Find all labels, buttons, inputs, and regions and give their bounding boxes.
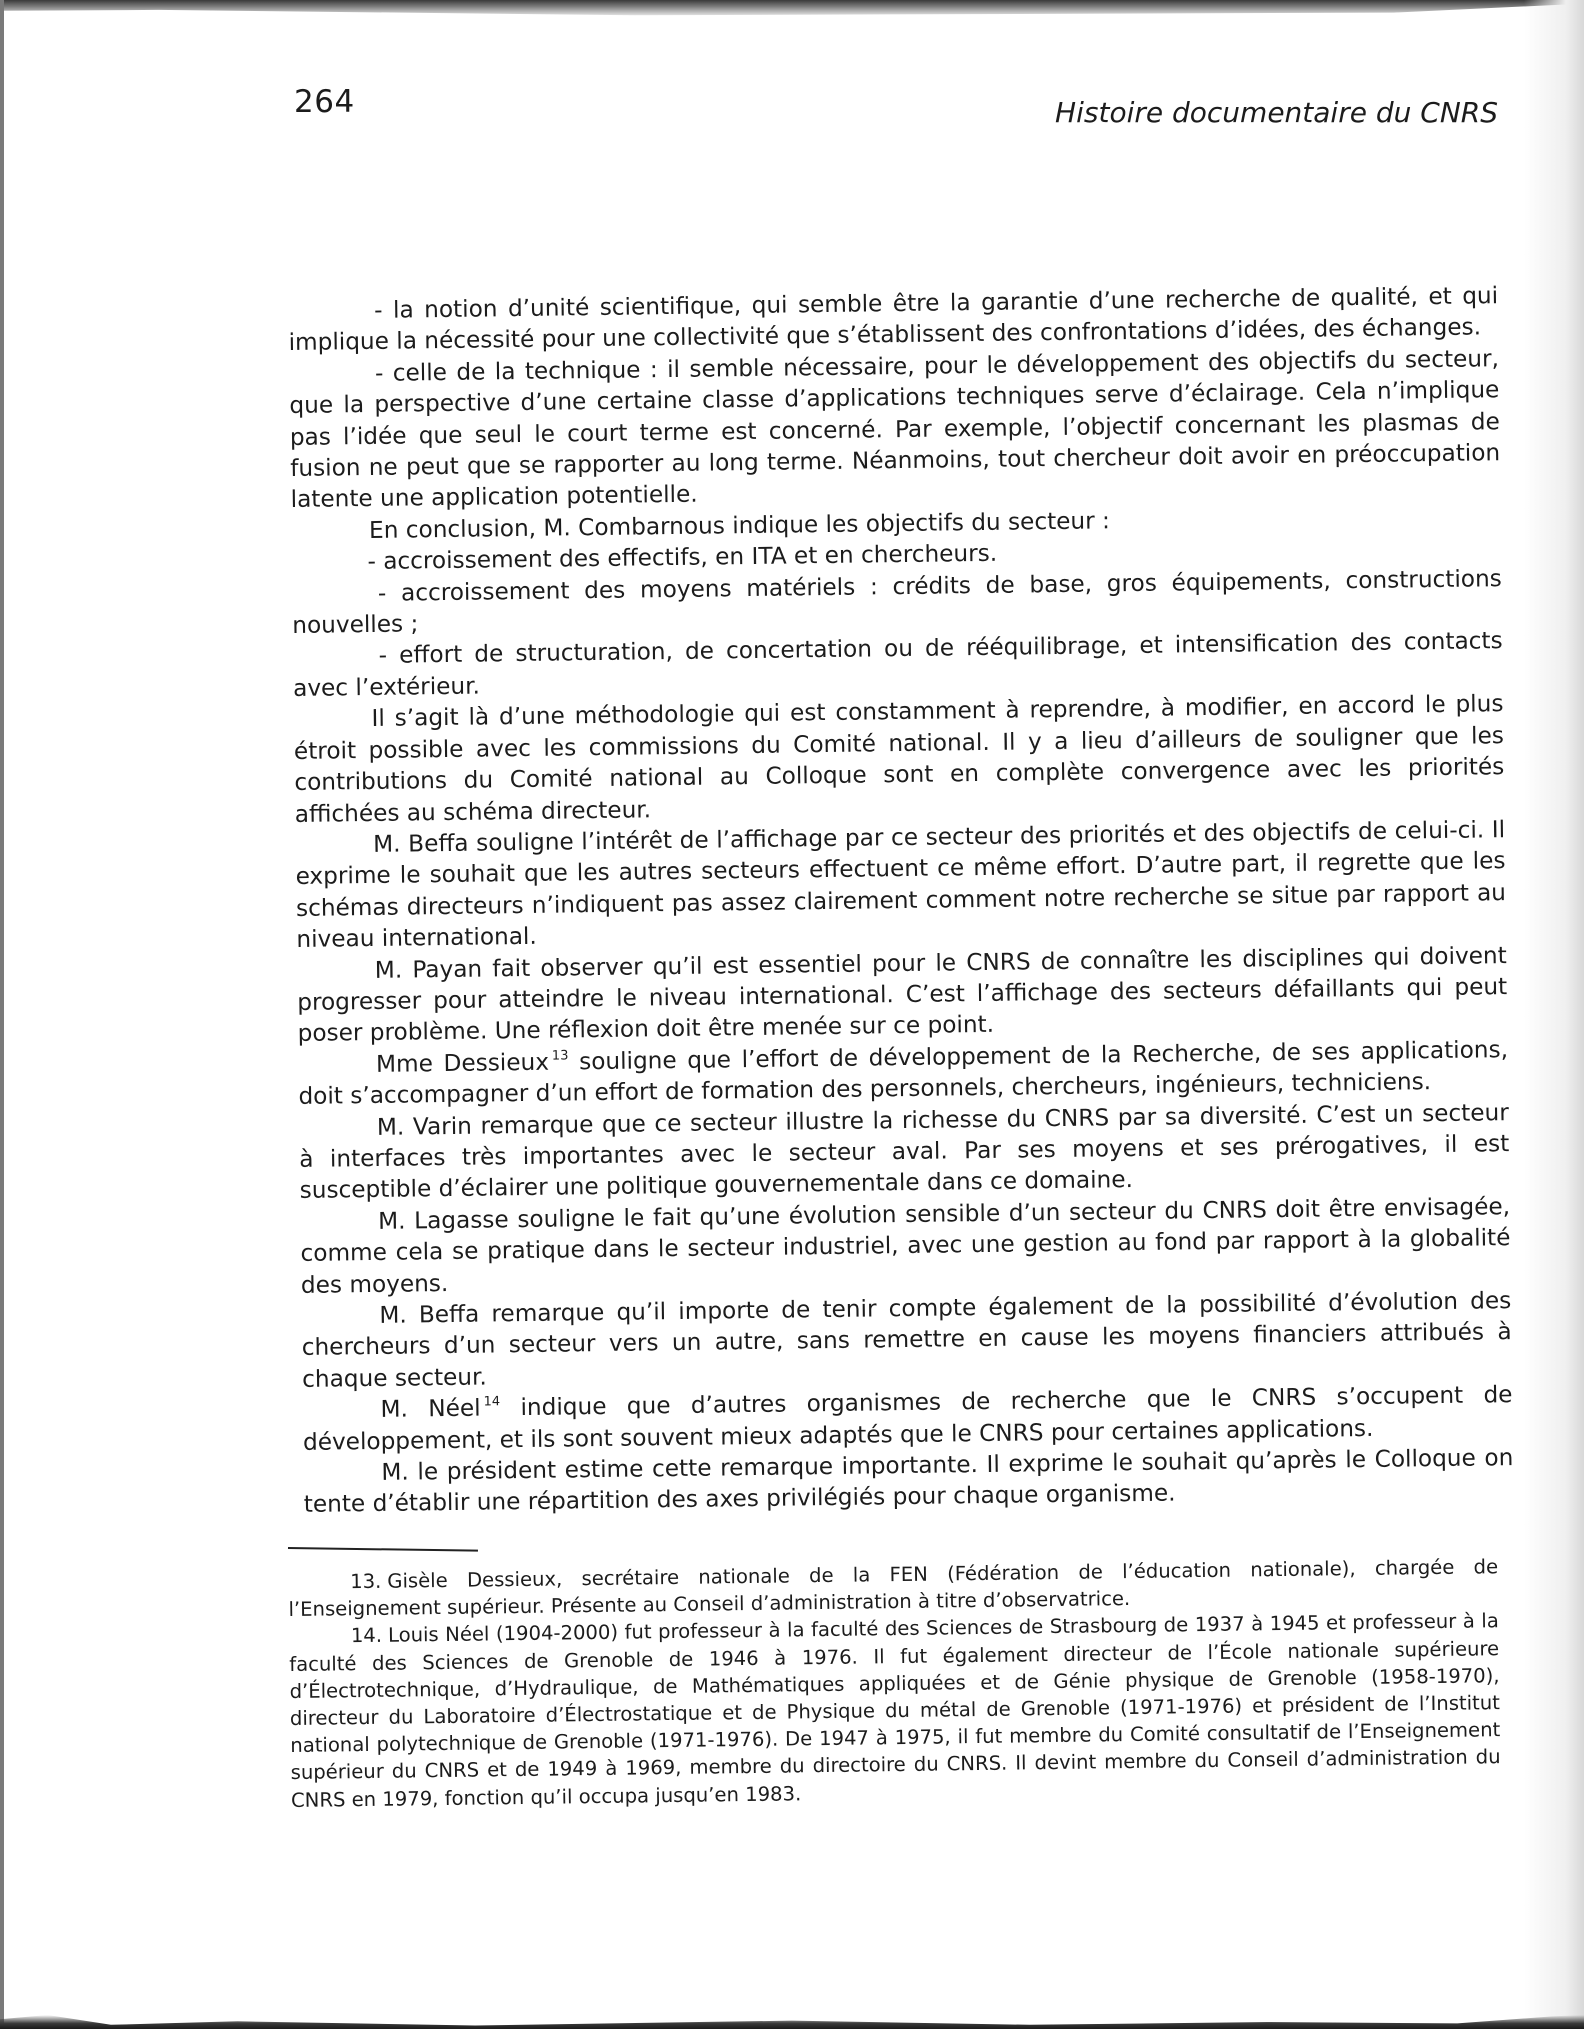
- paragraph-beffa-2: M. Beffa remarque qu’il importe de tenir…: [301, 1285, 1512, 1395]
- running-head: 264 Histoire documentaire du CNRS: [288, 80, 1498, 150]
- speaker-neel: M. Néel: [380, 1395, 480, 1423]
- page-number: 264: [294, 84, 355, 120]
- footnote-text: Louis Néel (1904-2000) fut professeur à …: [289, 1609, 1501, 1811]
- scan-edge-left: [0, 0, 4, 2029]
- footnotes: 13.Gisèle Dessieux, secrétaire nationale…: [288, 1553, 1501, 1814]
- paragraph-beffa-1: M. Beffa souligne l’intérêt de l’afficha…: [295, 814, 1507, 955]
- body-text: - la notion d’unité scientifique, qui se…: [288, 280, 1514, 1521]
- footnote-number: 14.: [351, 1624, 382, 1647]
- paragraph-payan: M. Payan fait observer qu’il est essenti…: [297, 940, 1508, 1050]
- book-page: 264 Histoire documentaire du CNRS - la n…: [288, 80, 1498, 1814]
- paragraph-lagasse: M. Lagasse souligne le fait qu’une évolu…: [300, 1191, 1511, 1301]
- paragraph-methodologie: Il s’agit là d’une méthodologie qui est …: [293, 688, 1505, 829]
- footnote-divider: [288, 1547, 478, 1552]
- running-title: Histoire documentaire du CNRS: [1055, 96, 1498, 129]
- scan-edge-top: [0, 0, 1584, 18]
- footnote-14: 14.Louis Néel (1904-2000) fut professeur…: [289, 1607, 1501, 1813]
- scan-edge-bottom: [0, 2015, 1584, 2029]
- footnote-ref-14[interactable]: 14: [483, 1395, 500, 1410]
- footnote-ref-13[interactable]: 13: [552, 1048, 569, 1063]
- footnote-number: 13.: [350, 1570, 381, 1593]
- scan-edge-right: [1524, 0, 1584, 2029]
- paragraph-varin: M. Varin remarque que ce secteur illustr…: [299, 1097, 1510, 1207]
- speaker-dessieux: Mme Dessieux: [376, 1048, 549, 1077]
- paragraph-dash-technique: - celle de la technique : il semble néce…: [289, 343, 1501, 516]
